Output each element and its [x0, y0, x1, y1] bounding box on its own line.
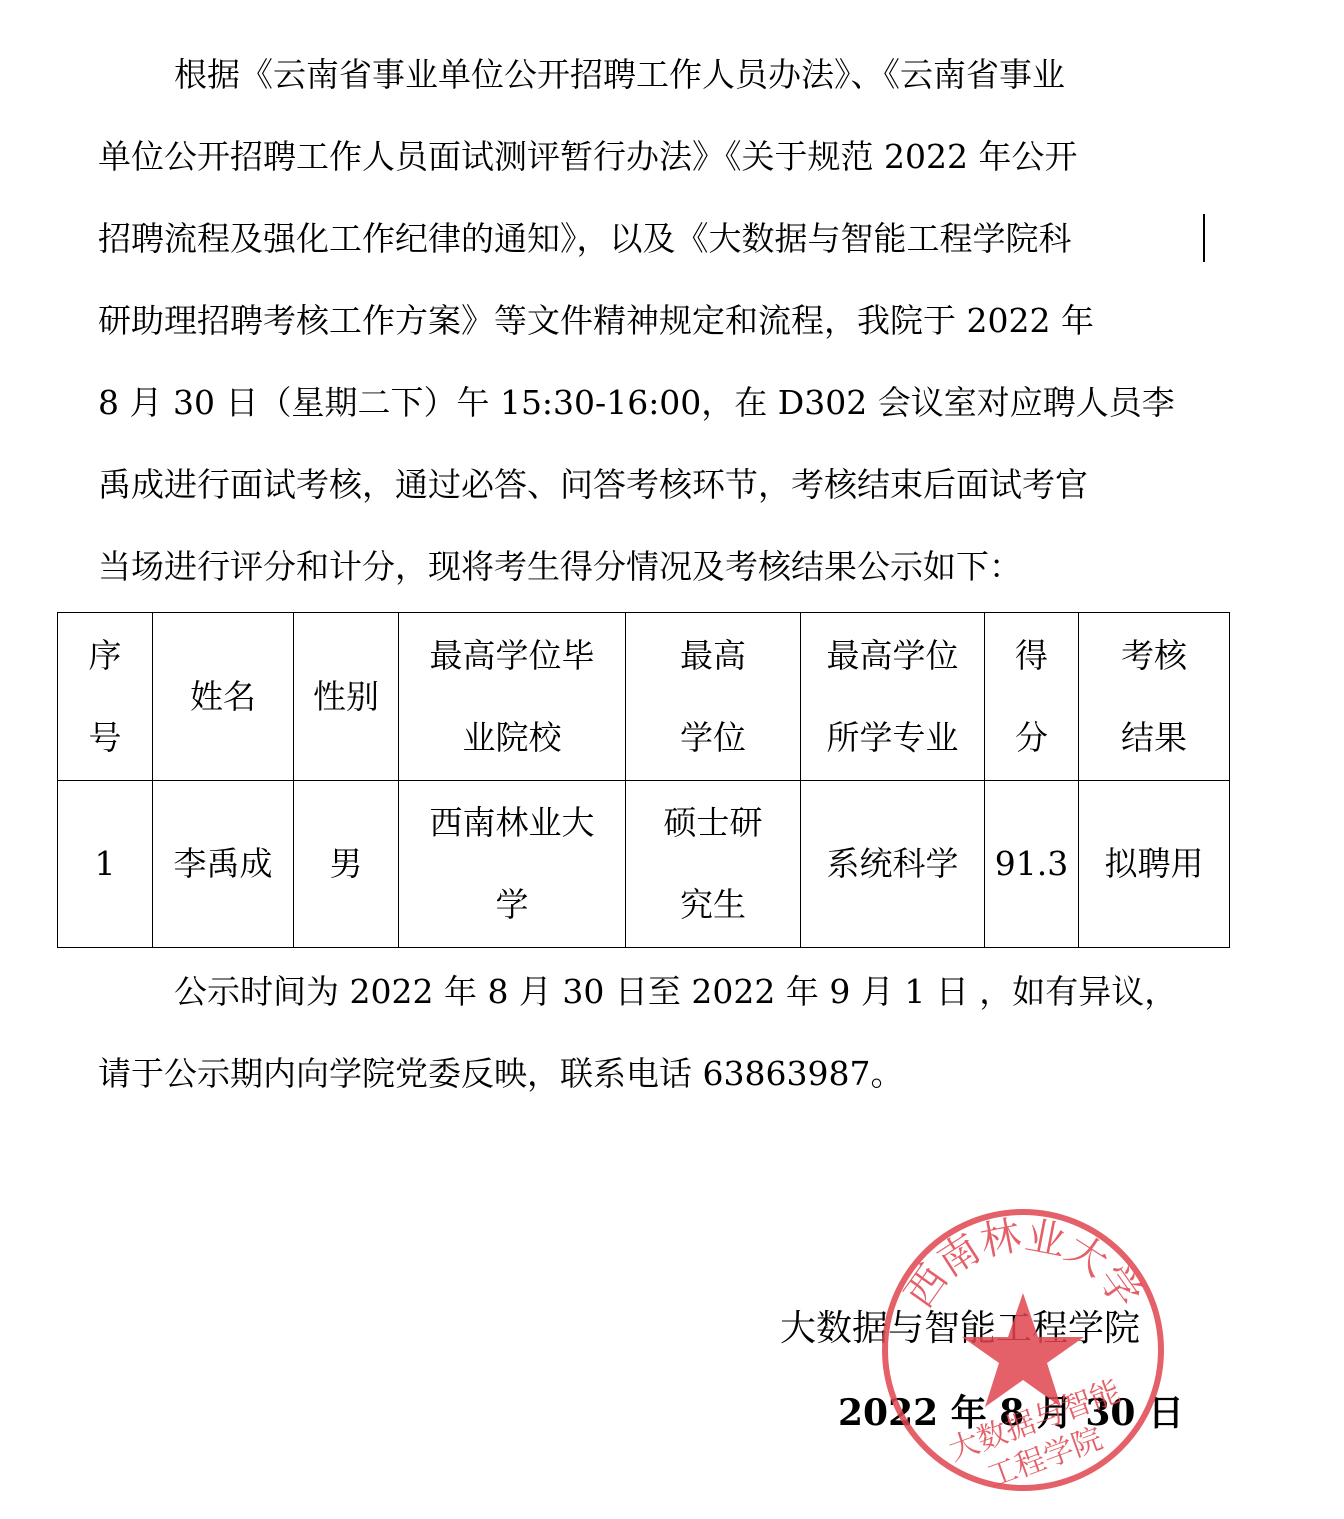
intro-line: 单位公开招聘工作人员面试测评暂行办法》《关于规范 2022 年公开	[98, 116, 1208, 198]
cell-school: 西南林业大学	[399, 781, 626, 948]
cell-name: 李禹成	[153, 781, 294, 948]
intro-line: 根据《云南省事业单位公开招聘工作人员办法》、《云南省事业	[98, 34, 1208, 116]
header-gender: 性别	[294, 613, 399, 781]
cell-index: 1	[58, 781, 153, 948]
cell-major: 系统科学	[801, 781, 985, 948]
intro-paragraph: 根据《云南省事业单位公开招聘工作人员办法》、《云南省事业 单位公开招聘工作人员面…	[98, 34, 1208, 608]
table-row: 1 李禹成 男 西南林业大学 硕士研究生 系统科学 91.3 拟聘用	[58, 781, 1230, 948]
cell-degree: 硕士研究生	[626, 781, 801, 948]
result-table: 序号 姓名 性别 最高学位毕业院校 最高学位 最高学位所学专业 得分 考核结果 …	[57, 612, 1230, 948]
cell-gender: 男	[294, 781, 399, 948]
notice-paragraph: 公示时间为 2022 年 8 月 30 日至 2022 年 9 月 1 日 ，如…	[98, 951, 1208, 1115]
table-header-row: 序号 姓名 性别 最高学位毕业院校 最高学位 最高学位所学专业 得分 考核结果	[58, 613, 1230, 781]
intro-line: 研助理招聘考核工作方案》等文件精神规定和流程，我院于 2022 年	[98, 280, 1208, 362]
signature-organization: 大数据与智能工程学院	[780, 1300, 1140, 1351]
cell-result: 拟聘用	[1079, 781, 1230, 948]
intro-line: 招聘流程及强化工作纪律的通知》，以及《大数据与智能工程学院科	[98, 198, 1208, 280]
header-score: 得分	[985, 613, 1079, 781]
intro-line: 禹成进行面试考核，通过必答、问答考核环节，考核结束后面试考官	[98, 444, 1208, 526]
header-index: 序号	[58, 613, 153, 781]
notice-line: 公示时间为 2022 年 8 月 30 日至 2022 年 9 月 1 日 ，如…	[98, 951, 1208, 1033]
header-degree: 最高学位	[626, 613, 801, 781]
notice-line: 请于公示期内向学院党委反映，联系电话 63863987。	[98, 1033, 1208, 1115]
header-result: 考核结果	[1079, 613, 1230, 781]
intro-line: 8 月 30 日（星期二下）午 15:30-16:00，在 D302 会议室对应…	[98, 362, 1208, 444]
signature-date: 2022 年 8 月 30 日	[838, 1385, 1184, 1436]
header-name: 姓名	[153, 613, 294, 781]
intro-line: 当场进行评分和计分，现将考生得分情况及考核结果公示如下：	[98, 526, 1208, 608]
text-cursor	[1203, 214, 1205, 262]
cell-score: 91.3	[985, 781, 1079, 948]
header-school: 最高学位毕业院校	[399, 613, 626, 781]
header-major: 最高学位所学专业	[801, 613, 985, 781]
